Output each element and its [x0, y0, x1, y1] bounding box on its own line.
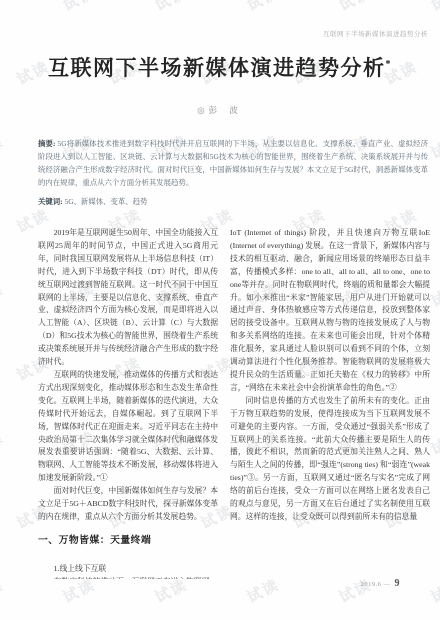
- watermark-text: 试读: [0, 574, 7, 608]
- article-title: 互联网下半场新媒体演进趋势分析*: [0, 52, 440, 82]
- watermark-text: 试读: [243, 0, 283, 15]
- author-name: 彭 波: [209, 105, 243, 115]
- author-marker-icon: ◎: [197, 105, 204, 115]
- watermark-text: 试读: [0, 278, 7, 312]
- watermark-text: 试读: [59, 0, 99, 15]
- watermark-text: 试读: [151, 0, 191, 15]
- abstract-block: 摘要: 5G将新媒体技术推进到数字科技时代并开启互联网的下半场，从主要以信息化、…: [38, 137, 428, 208]
- body-paragraph: 2019年是互联网诞生50周年、中国全功能接入互联网25周年的时间节点，中国正式…: [38, 227, 218, 369]
- page-number: 9: [395, 578, 401, 589]
- watermark-text: 试读: [427, 0, 440, 15]
- keywords-line: 关键词: 5G、新媒体、变革、趋势: [38, 195, 428, 208]
- subsection-heading: 1.线上线下互联: [38, 563, 218, 576]
- body-paragraph: 互联网的快速发展，推动媒体的传播方式和表达方式出现深刻变化，推动媒体形态和生态发…: [38, 369, 218, 485]
- article-title-text: 互联网下半场新媒体演进趋势分析: [48, 56, 386, 80]
- body-paragraph: 在数字科技的推动下，互联网正在进入物联网: [38, 576, 218, 579]
- author-line: ◎彭 波: [0, 104, 440, 116]
- abstract-paragraph: 摘要: 5G将新媒体技术推进到数字科技时代并开启互联网的下半场，从主要以信息化、…: [38, 137, 428, 189]
- paper-page: 试读试读试读试读试读试读试读试读试读试读试读试读试读试读试读试读试读试读试读试读…: [0, 0, 440, 620]
- watermark-text: 试读: [0, 426, 7, 460]
- left-column: 2019年是互联网诞生50周年、中国全功能接入互联网25周年的时间节点，中国正式…: [38, 227, 218, 579]
- title-footnote-marker: *: [386, 59, 393, 70]
- running-header: 互联网下半场新媒体演进趋势分析: [323, 29, 428, 38]
- abstract-label: 摘要:: [38, 139, 56, 148]
- keywords-label: 关键词:: [38, 197, 63, 206]
- footer-issue: 2019.6: [361, 581, 382, 588]
- body-columns: 2019年是互联网诞生50周年、中国全功能接入互联网25周年的时间节点，中国正式…: [38, 227, 430, 579]
- body-paragraph: 同时信息传播的方式也发生了前所未有的变化。正由于万物互联趋势的发展，使得连接成为…: [230, 395, 430, 524]
- watermark-text: 试读: [0, 130, 7, 164]
- footer-separator: —: [384, 581, 391, 588]
- section-heading: 一、万物皆媒：天量终端: [38, 535, 218, 548]
- abstract-text: 5G将新媒体技术推进到数字科技时代并开启互联网的下半场，从主要以信息化、支撑系统…: [38, 139, 428, 187]
- page-footer: 2019.6—9: [361, 578, 400, 589]
- body-paragraph: IoT (Internet of things) 阶段，并且快速向万物互联IoE…: [230, 227, 430, 395]
- watermark-text: 试读: [427, 130, 440, 164]
- watermark-text: 试读: [0, 0, 7, 15]
- keywords-text: 5G、新媒体、变革、趋势: [65, 197, 148, 206]
- right-column: IoT (Internet of things) 阶段，并且快速向万物互联IoE…: [230, 227, 430, 579]
- body-paragraph: 面对时代巨变，中国新媒体如何生存与发展？本文立足于5G＋ABCD数字科技时代，探…: [38, 485, 218, 524]
- watermark-text: 试读: [335, 0, 375, 15]
